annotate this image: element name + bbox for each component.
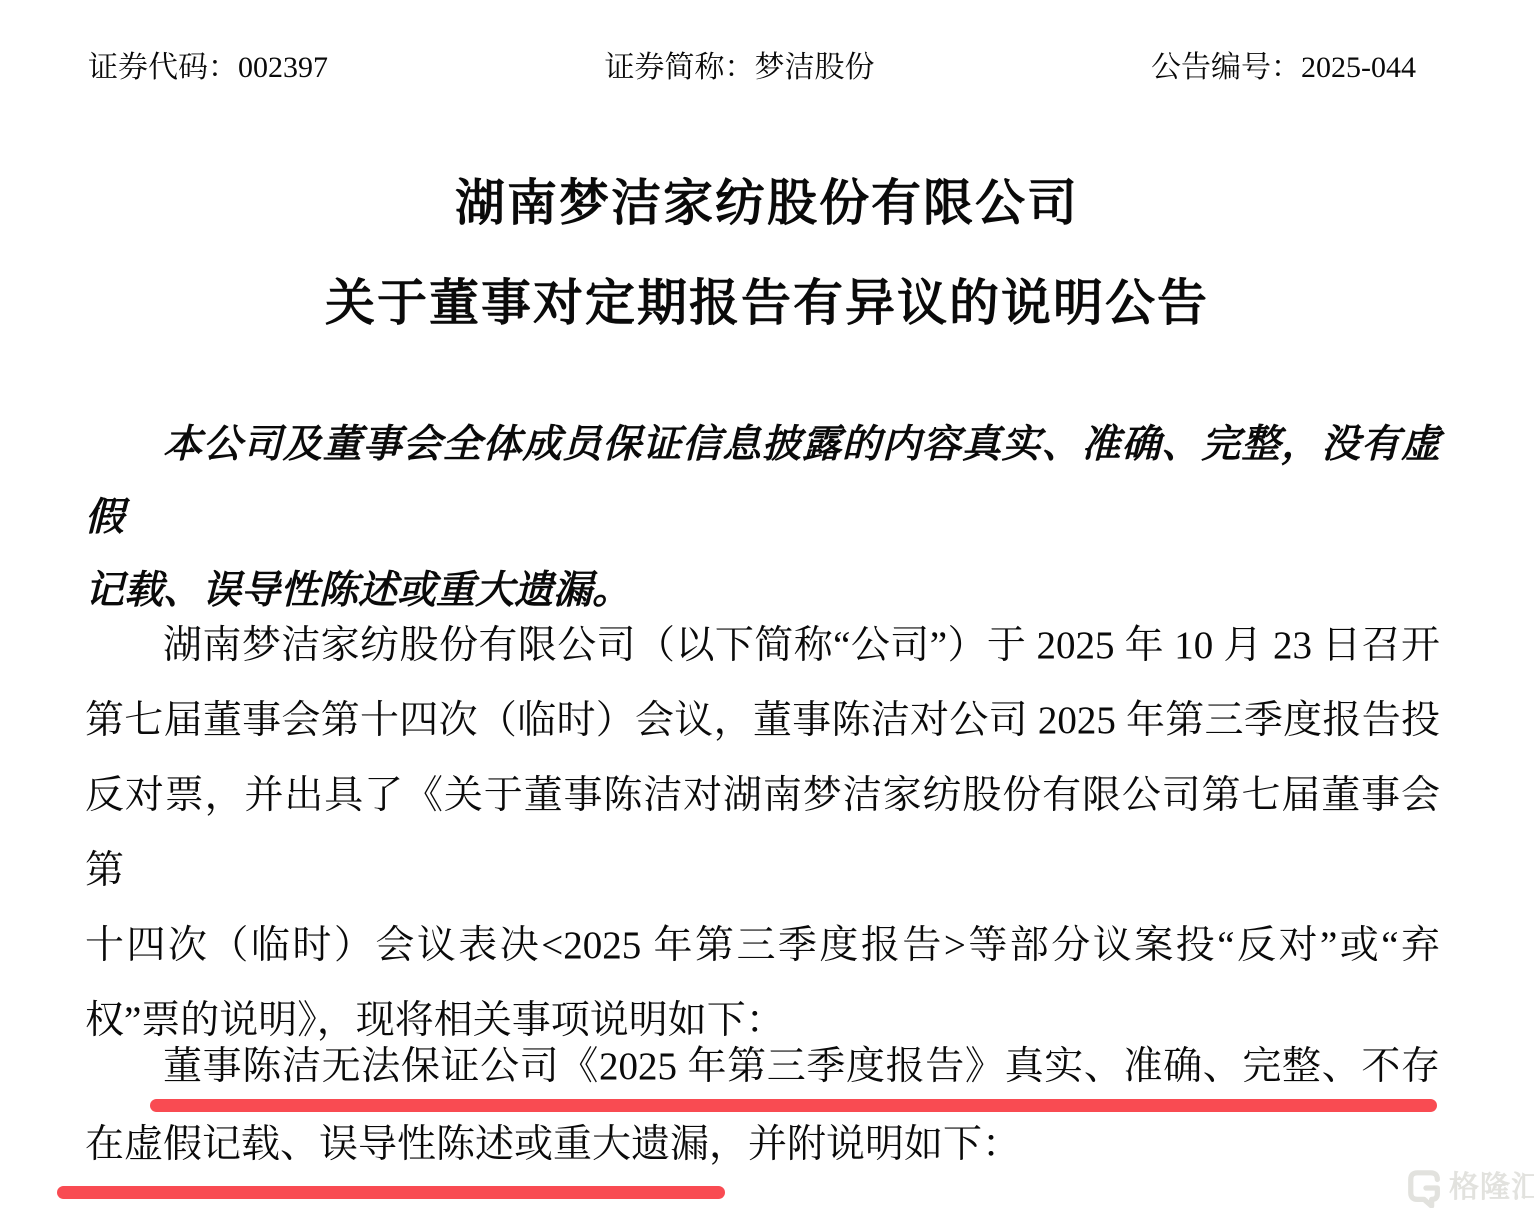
red-underline-1 — [150, 1099, 1437, 1112]
body-paragraph-1: 湖南梦洁家纺股份有限公司（以下简称“公司”）于 2025 年 10 月 23 日… — [85, 608, 1440, 1058]
gelonghui-logo-icon — [1406, 1168, 1444, 1208]
gelonghui-watermark: 格隆汇 — [1406, 1168, 1534, 1208]
body-line: 湖南梦洁家纺股份有限公司（以下简称“公司”）于 2025 年 10 月 23 日… — [85, 608, 1440, 683]
stock-code: 证券代码：002397 — [88, 48, 328, 88]
disclaimer-line-1: 本公司及董事会全体成员保证信息披露的内容真实、准确、完整，没有虚假 — [85, 408, 1440, 554]
announcement-number: 公告编号：2025-044 — [1151, 48, 1416, 88]
red-underline-2 — [57, 1186, 725, 1199]
document-page: 证券代码：002397 证券简称：梦洁股份 公告编号：2025-044 湖南梦洁… — [0, 0, 1534, 1214]
body-line: 在虚假记载、误导性陈述或重大遗漏，并附说明如下： — [85, 1106, 1440, 1184]
body-line: 反对票，并出具了《关于董事陈洁对湖南梦洁家纺股份有限公司第七届董事会第 — [85, 758, 1440, 908]
disclaimer-paragraph: 本公司及董事会全体成员保证信息披露的内容真实、准确、完整，没有虚假 记载、误导性… — [85, 408, 1440, 627]
body-line: 第七届董事会第十四次（临时）会议，董事陈洁对公司 2025 年第三季度报告投 — [85, 683, 1440, 758]
announcement-title: 关于董事对定期报告有异议的说明公告 — [0, 273, 1534, 333]
watermark-text: 格隆汇 — [1449, 1170, 1534, 1206]
body-line: 董事陈洁无法保证公司《2025 年第三季度报告》真实、准确、完整、不存 — [85, 1028, 1440, 1106]
document-header: 证券代码：002397 证券简称：梦洁股份 公告编号：2025-044 — [88, 48, 1416, 88]
company-name-title: 湖南梦洁家纺股份有限公司 — [0, 173, 1534, 233]
stock-abbr: 证券简称：梦洁股份 — [605, 48, 875, 88]
body-line: 十四次（临时）会议表决<2025 年第三季度报告>等部分议案投“反对”或“弃 — [85, 908, 1440, 983]
